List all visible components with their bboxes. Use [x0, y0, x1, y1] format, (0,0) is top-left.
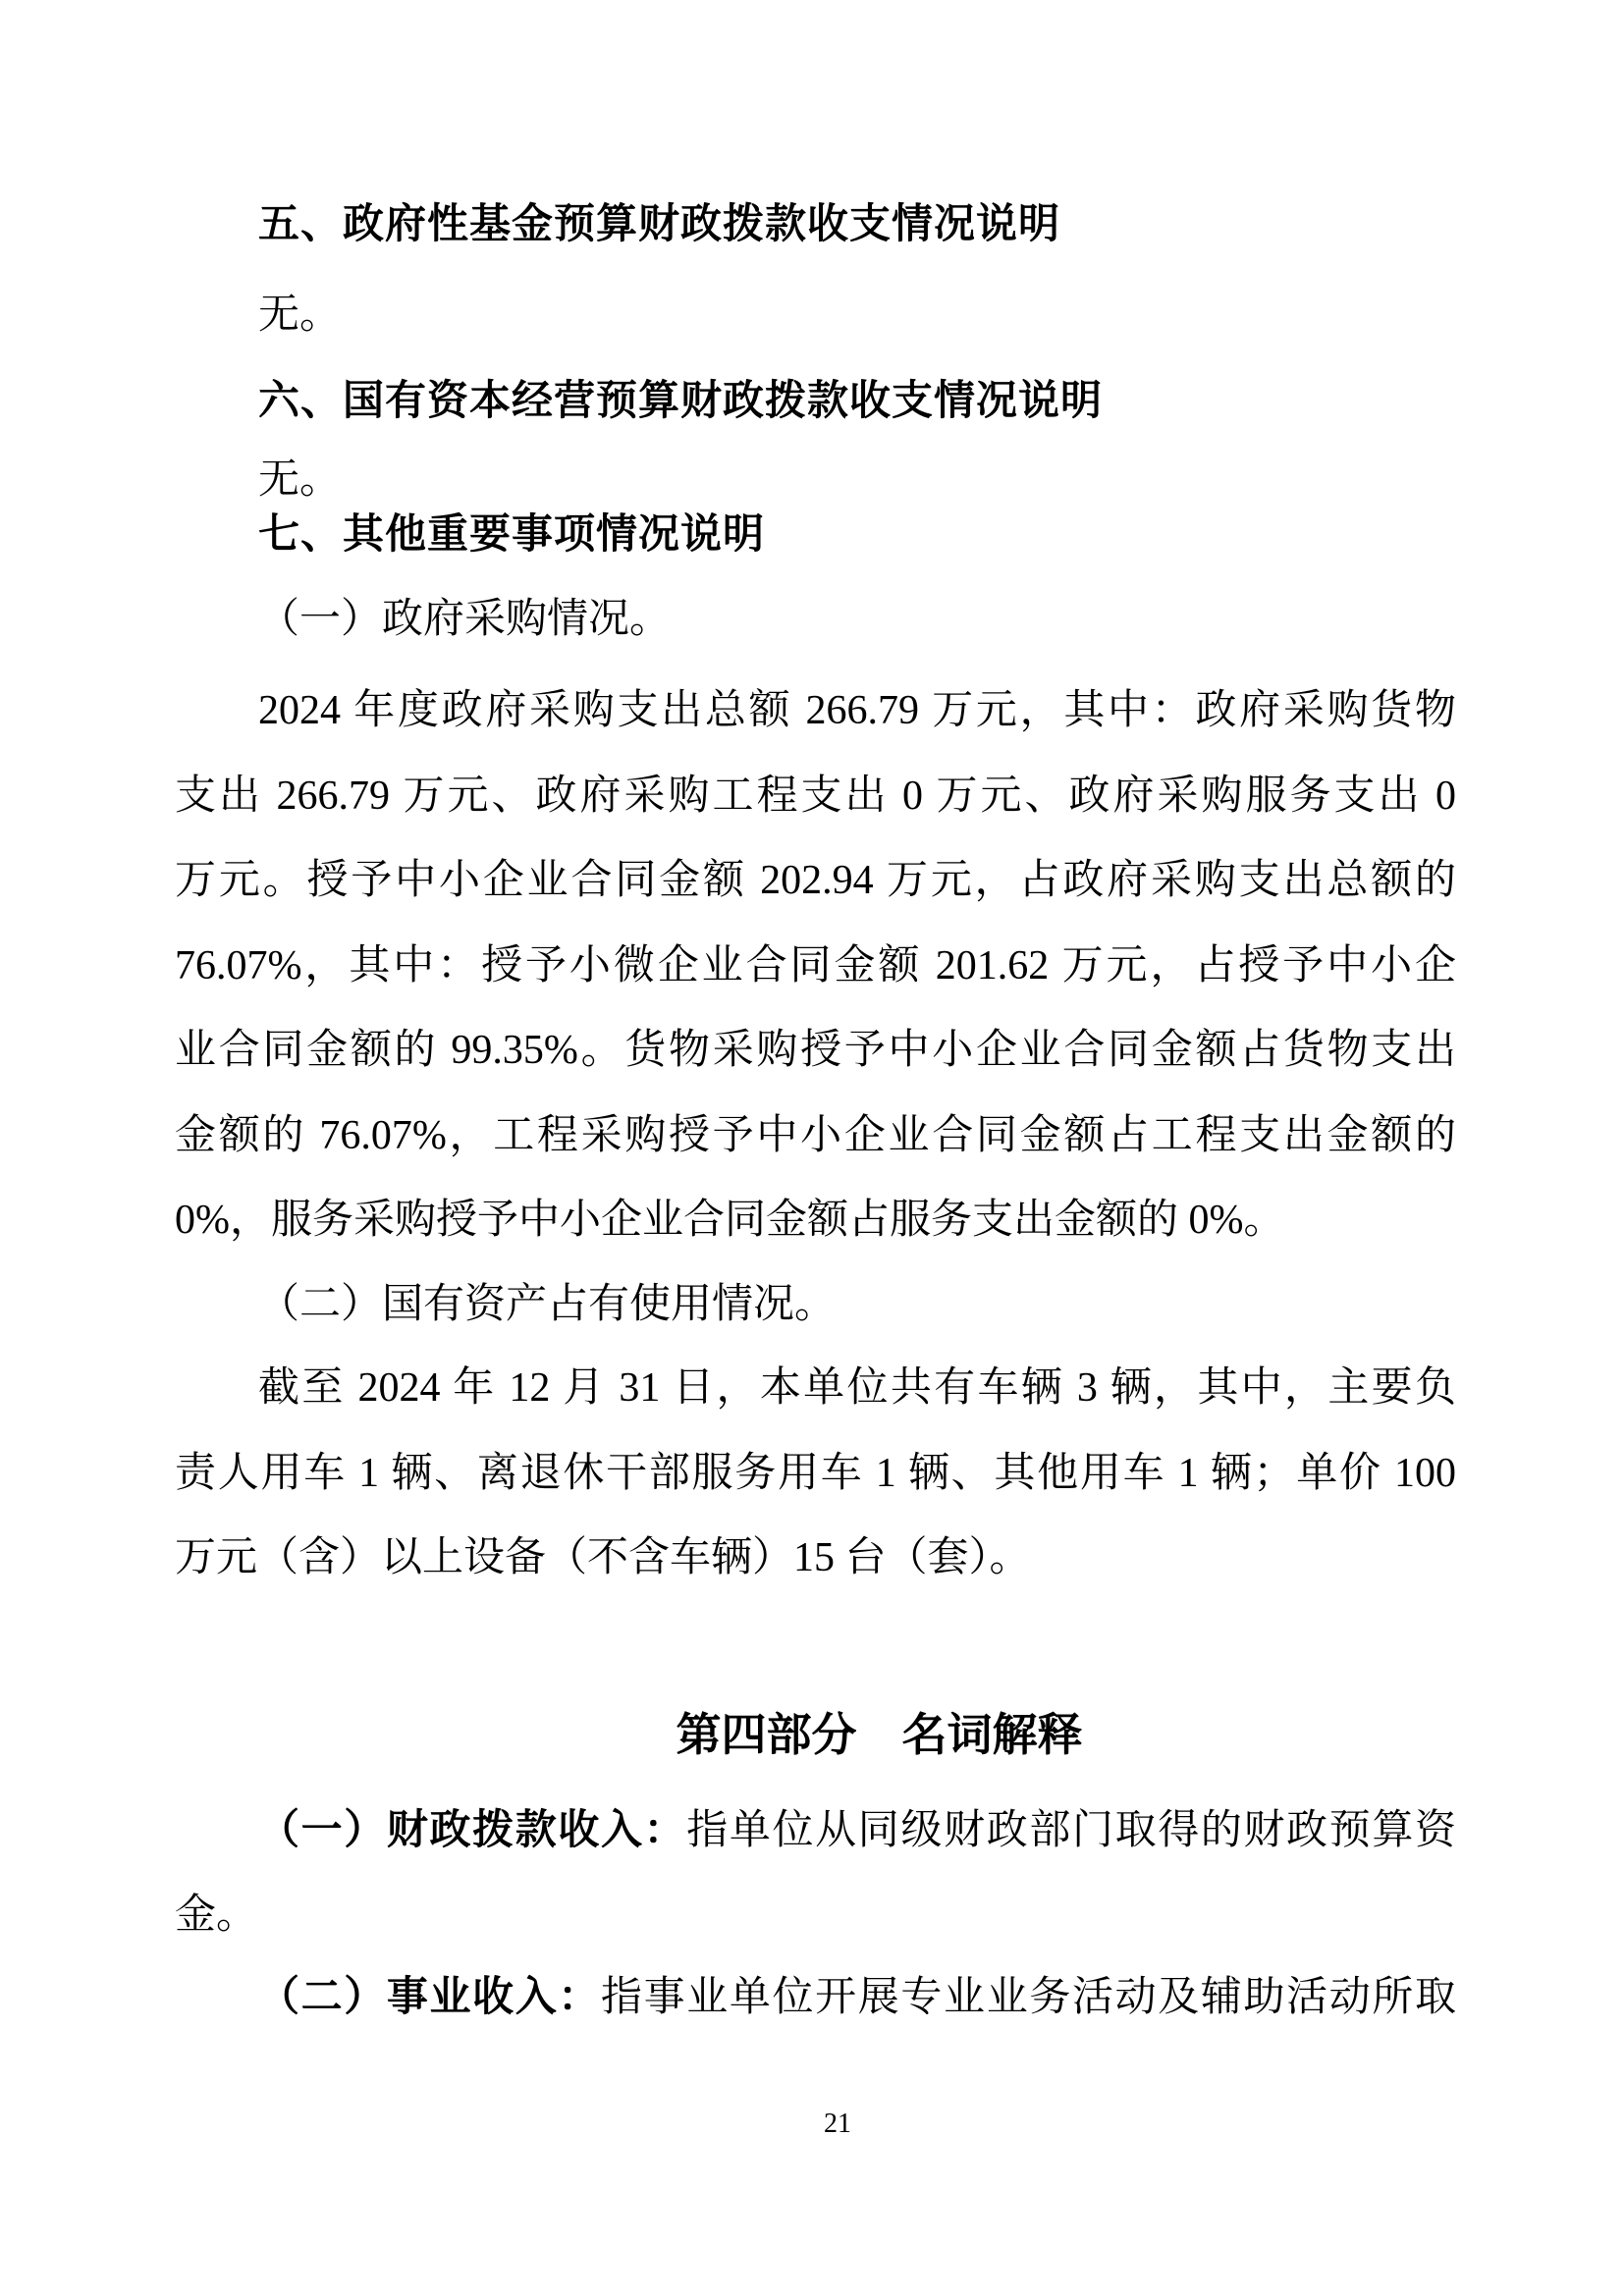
definition2-text: 指事业单位开展专业业务活动及辅助活动所取: [601, 1975, 1456, 2020]
definition-business-income: （二）事业收入：指事业单位开展专业业务活动及辅助活动所取: [175, 1954, 1456, 2040]
procurement-subheading: （一）政府采购情况。: [175, 577, 1456, 663]
paragraph-line: 76.07%，其中：授予小微企业合同金额 201.62 万元，占授予中小企: [175, 924, 1456, 1009]
procurement-paragraph: 2024 年度政府采购支出总额 266.79 万元，其中：政府采购货物 支出 2…: [175, 668, 1456, 1263]
paragraph-line: 0%，服务采购授予中小企业合同金额占服务支出金额的 0%。: [175, 1178, 1456, 1263]
section-heading-6: 六、国有资本经营预算财政拨款收支情况说明: [175, 358, 1456, 444]
paragraph-line: 万元。授予中小企业合同金额 202.94 万元，占政府采购支出总额的: [175, 838, 1456, 924]
paragraph-line: 责人用车 1 辆、离退休干部服务用车 1 辆、其他用车 1 辆；单价 100: [175, 1431, 1456, 1517]
document-page: 五、政府性基金预算财政拨款收支情况说明 无。 六、国有资本经营预算财政拨款收支情…: [0, 0, 1624, 2296]
paragraph-line: 金额的 76.07%，工程采购授予中小企业合同金额占工程支出金额的: [175, 1094, 1456, 1179]
paragraph-line: 支出 266.79 万元、政府采购工程支出 0 万元、政府采购服务支出 0: [175, 754, 1456, 839]
section-heading-5: 五、政府性基金预算财政拨款收支情况说明: [175, 182, 1456, 267]
section-heading-7-text: 七、其他重要事项情况说明: [175, 510, 765, 557]
section-heading-6-text: 六、国有资本经营预算财政拨款收支情况说明: [175, 377, 1103, 423]
paragraph-line: 业合同金额的 99.35%。货物采购授予中小企业合同金额占货物支出: [175, 1008, 1456, 1094]
page-number: 21: [0, 2107, 1624, 2142]
definition-fiscal-appropriation: （一）财政拨款收入：指单位从同级财政部门取得的财政预算资 金。: [175, 1788, 1456, 1957]
definition1-term: （一）财政拨款收入：: [258, 1806, 686, 1852]
paragraph-line: 截至 2024 年 12 月 31 日，本单位共有车辆 3 辆，其中，主要负: [175, 1346, 1456, 1431]
definition1-text: 指单位从同级财政部门取得的财政预算资: [686, 1808, 1456, 1853]
paragraph-line: 万元（含）以上设备（不含车辆）15 台（套）。: [175, 1516, 1456, 1601]
paragraph-line: 2024 年度政府采购支出总额 266.79 万元，其中：政府采购货物: [175, 668, 1456, 754]
section5-body-none: 无。: [175, 273, 1456, 358]
part4-heading: 第四部分 名词解释: [175, 1700, 1456, 1769]
section-heading-5-text: 五、政府性基金预算财政拨款收支情况说明: [175, 200, 1060, 246]
assets-paragraph: 截至 2024 年 12 月 31 日，本单位共有车辆 3 辆，其中，主要负 责…: [175, 1346, 1456, 1601]
section-heading-7: 七、其他重要事项情况说明: [175, 492, 1456, 577]
definition2-term: （二）事业收入：: [258, 1973, 601, 2019]
paragraph-line: （二）事业收入：指事业单位开展专业业务活动及辅助活动所取: [175, 1954, 1456, 2040]
paragraph-line: （一）财政拨款收入：指单位从同级财政部门取得的财政预算资: [175, 1788, 1456, 1873]
paragraph-line: 金。: [175, 1873, 1456, 1958]
assets-subheading: （二）国有资产占有使用情况。: [175, 1262, 1456, 1348]
